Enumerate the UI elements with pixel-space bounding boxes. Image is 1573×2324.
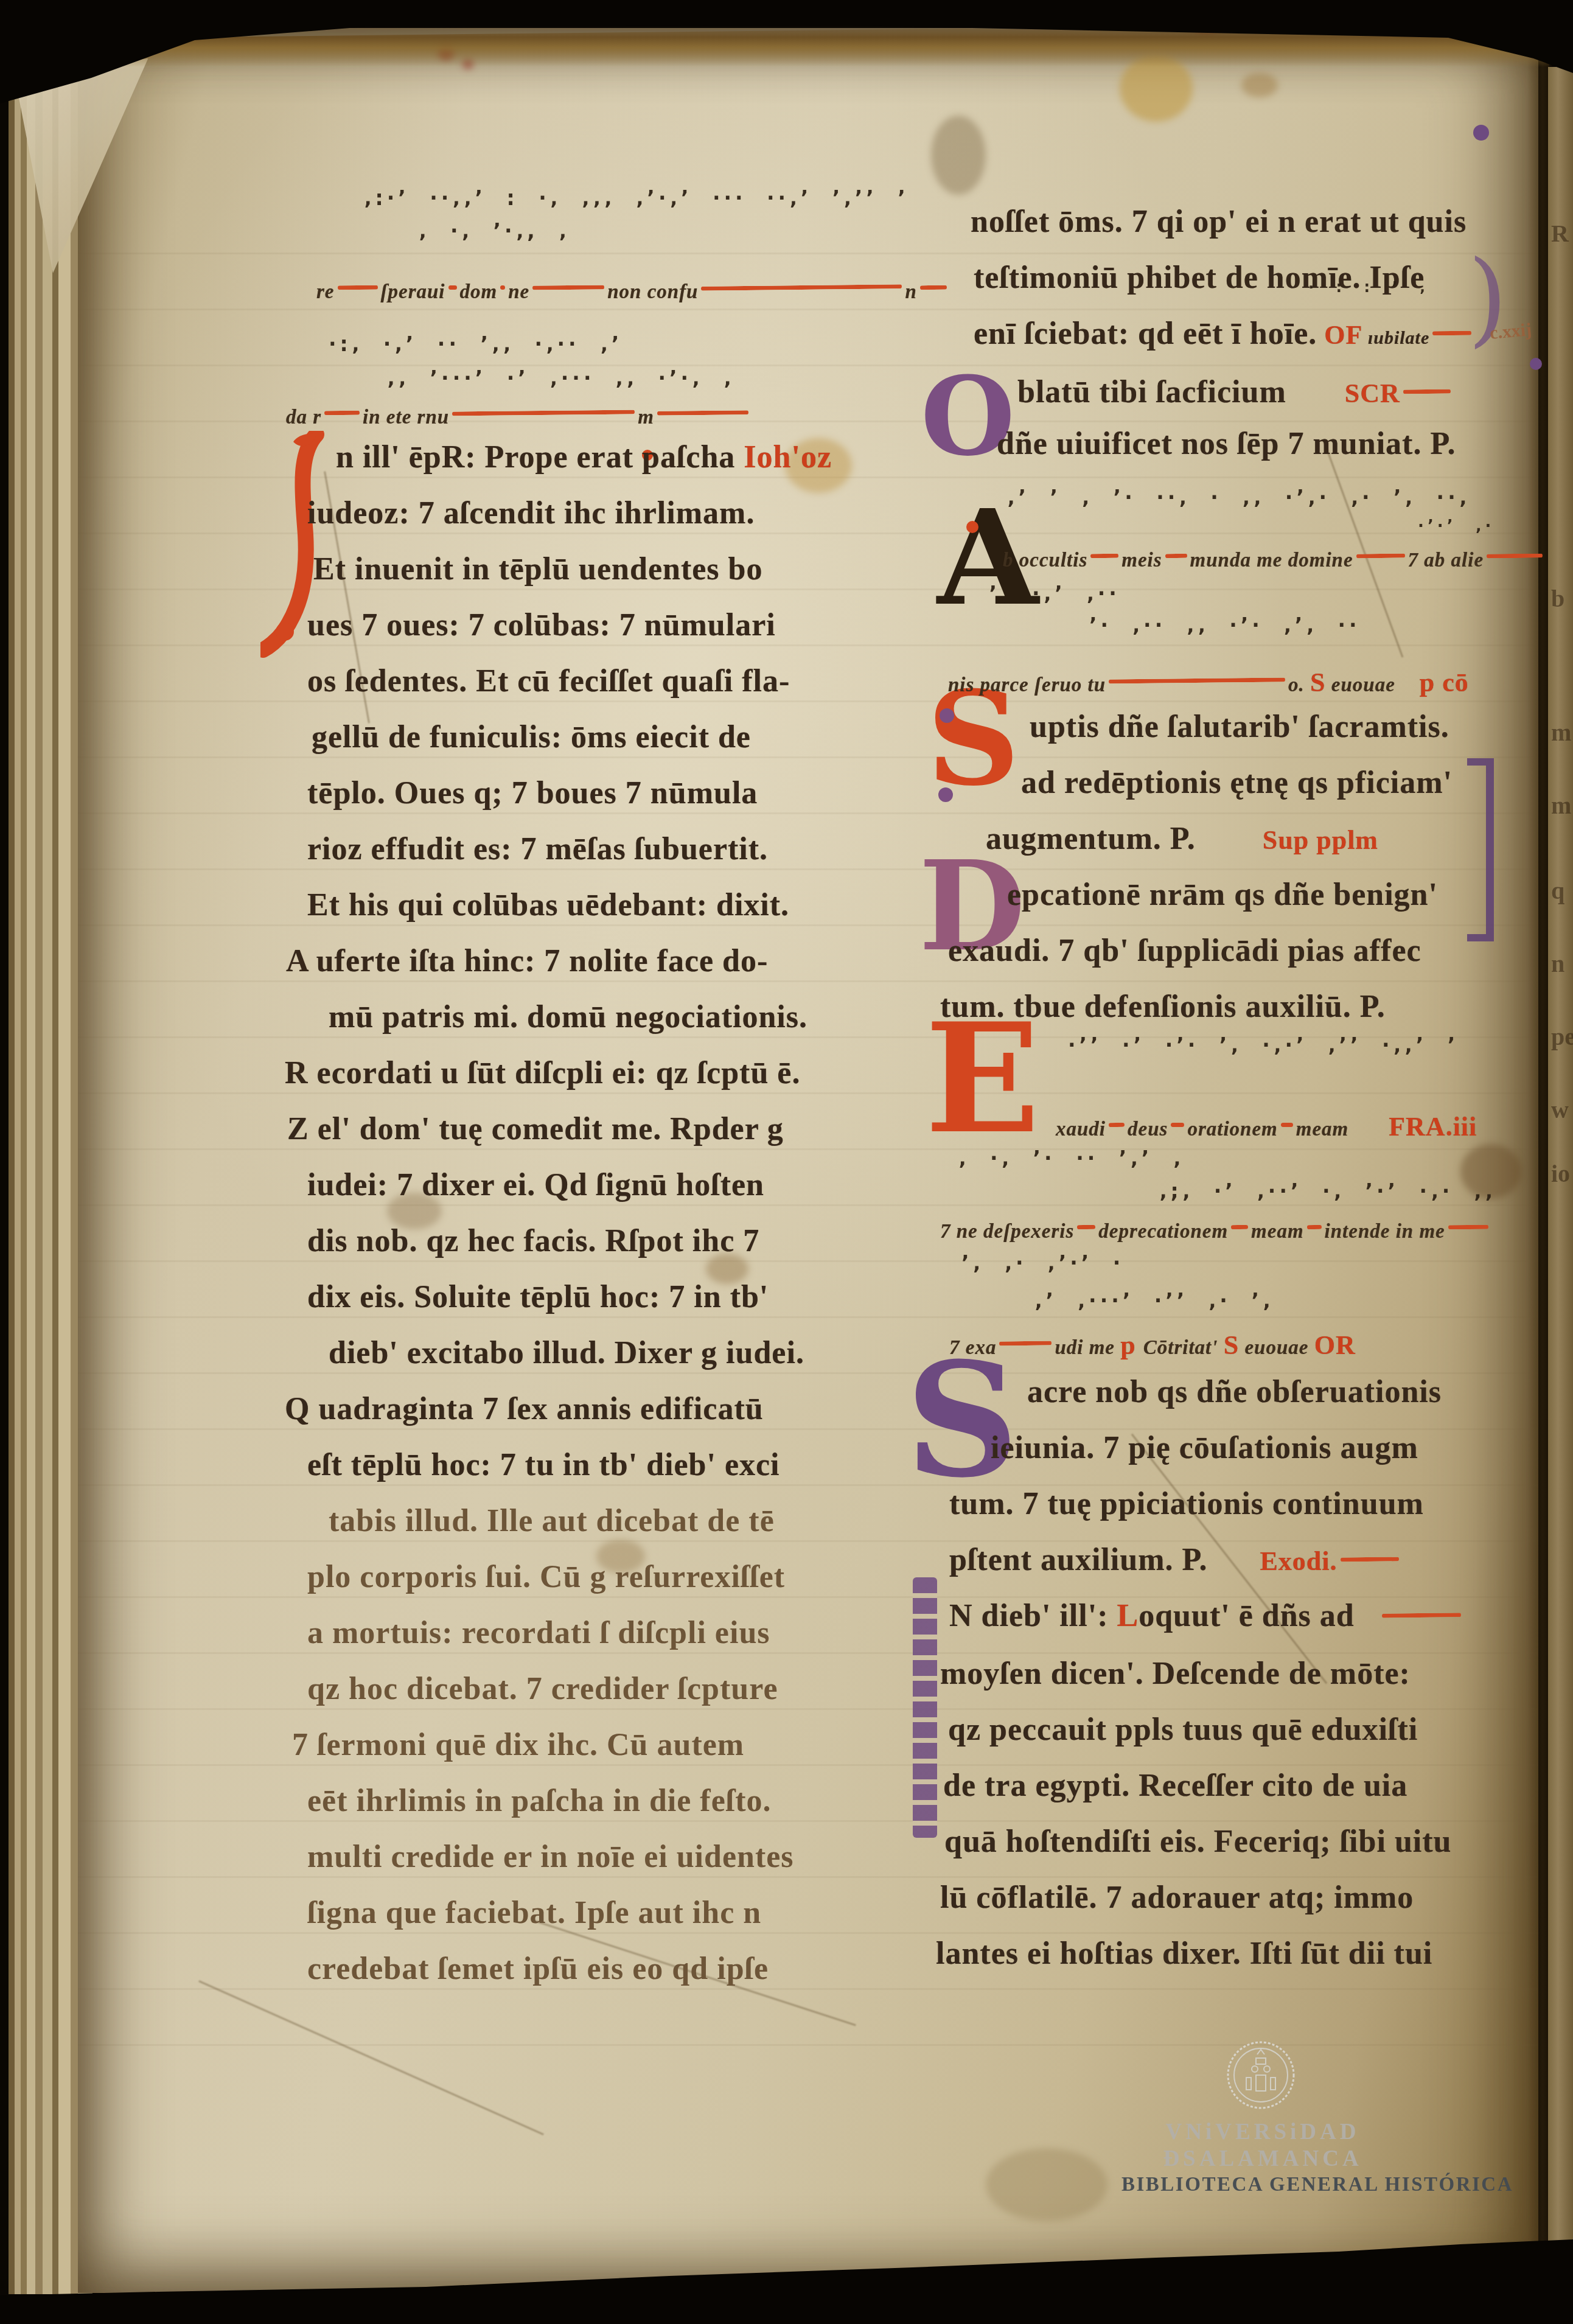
manuscript-photo: Rbmmqnpewio AOSDES reſperauidomnenon con… [0, 0, 1573, 2324]
manuscript-line: quā hoſtendiſti eis. Feceriq; ſibi uitu [944, 1824, 1452, 1860]
manuscript-line: N dieb' ill': Loquut' ē dñs ad [949, 1598, 1464, 1634]
ink-text: in ete rnu [363, 407, 449, 428]
ink-text: re [316, 281, 335, 303]
ink-text [1281, 1123, 1293, 1127]
ink-text [1403, 389, 1451, 394]
ink-text: plo corporis ſui. Cū g reſurrexiſſet [307, 1560, 785, 1594]
manuscript-line: lantes ei hoſtias dixer. Iſti ſūt dii tu… [936, 1936, 1432, 1972]
manuscript-line: b occultismeismunda me domine7 ab alie [1003, 550, 1546, 572]
rubric-text: OR [1314, 1330, 1356, 1360]
ink-text: iudeoz: 7 aſcendit ihc ihrlimam. [307, 496, 755, 531]
ink-text: os ſedentes. Et cū feciſſet quaſi fla- [307, 664, 790, 699]
ink-text: 7 ſermoni quē dix ihc. Cū autem [292, 1728, 744, 1762]
ink-text [324, 411, 360, 416]
ink-text: A uferte iſta hinc: 7 nolite face do- [286, 944, 768, 979]
ink-text: deprecationem [1098, 1221, 1228, 1243]
ink-text: de tra egypti. Receſſer cito de uia [943, 1768, 1407, 1803]
manuscript-line: Z el' dom' tuę comedit me. Rpder g [287, 1111, 784, 1147]
ink-text: orationem [1187, 1118, 1277, 1140]
ink-text [1307, 1225, 1322, 1229]
edge-letter: b [1551, 584, 1564, 613]
ink-text: ıubilate [1362, 328, 1429, 348]
manuscript-line: noſſet ōms. 7 qi op' ei n erat ut quis [971, 204, 1467, 240]
ink-text: quā hoſtendiſti eis. Feceriq; ſibi uitu [944, 1824, 1452, 1859]
manuscript-line: dñe uiuificet nos ſēp 7 muniat. P. [997, 426, 1456, 462]
neume-row: ·’·’ ‚· [1418, 517, 1495, 536]
manuscript-line: de tra egypti. Receſſer cito de uia [943, 1768, 1407, 1804]
manuscript-line: enī ſciebat: qd eēt ī hoīe. OF ıubilate [974, 316, 1474, 352]
ink-text: tabis illud. Ille aut dicebat de tē [329, 1504, 775, 1538]
manuscript-line: tabis illud. Ille aut dicebat de tē [329, 1503, 775, 1539]
neume-row: ’‚ ‚· ‚’·’ · [961, 1251, 1124, 1275]
ink-text: noſſet ōms. 7 qi op' ei n erat ut quis [971, 204, 1467, 239]
manuscript-line: credebat ſemet ipſū eis eo qd ipſe [307, 1951, 769, 1987]
manuscript-line: ſigna que faciebat. Ipſe aut ihc n [307, 1895, 761, 1931]
neume-row: ‚ ·‚ ’·‚, ‚ [419, 219, 570, 243]
manuscript-line: exaudi. 7 qb' ſupplicādi pias affec [948, 933, 1421, 969]
ink-text [1398, 679, 1417, 683]
rubric-text: S [1310, 668, 1325, 697]
watermark-salamanca: ÐSALAMANCA [1050, 2146, 1476, 2172]
manuscript-line: plo corporis ſui. Cū g reſurrexiſſet [307, 1559, 785, 1595]
ink-text: 7 exa [949, 1337, 996, 1359]
ink-text [1210, 1557, 1257, 1562]
manuscript-line: n ill' ēpR: Prope erat paſcha Ioh'oz [336, 439, 832, 475]
ink-text: munda me domine [1190, 550, 1353, 571]
manuscript-line: da rin ete rnum [286, 407, 752, 429]
ink-text: intende in me [1325, 1221, 1445, 1243]
ink-text: eēt ihrlimis in paſcha in die feſto. [307, 1784, 772, 1818]
edge-letter: n [1551, 949, 1564, 978]
ink-text: oquut' ē dñs ad [1139, 1599, 1355, 1633]
neume-row: ‚’ ’ ‚ ’· ··‚ · ‚‚ ·’‚· ‚· ’‚ ··‚ [1007, 486, 1470, 509]
rubric-text: FRA.iii [1389, 1112, 1477, 1142]
manuscript-line: os ſedentes. Et cū feciſſet quaſi fla- [307, 663, 790, 699]
ink-text: meis [1121, 550, 1162, 571]
manuscript-line: ues 7 oues: 7 colūbas: 7 nūmulari [307, 607, 776, 643]
manuscript-line: pſtent auxilium. P.Exodi. [949, 1542, 1402, 1578]
manuscript-line: gellū de funiculis: ōms eiecit de [312, 719, 751, 755]
ink-text: udi me [1055, 1337, 1120, 1359]
ink-text [1090, 554, 1118, 558]
manuscript-line: epcationē nrām qs dñe benign' [1007, 877, 1438, 913]
ink-text [1165, 554, 1187, 558]
ink-text [1289, 389, 1342, 394]
ink-text [1199, 836, 1260, 840]
manuscript-line: tēplo. Oues q; 7 boues 7 nūmula [307, 775, 758, 811]
ink-text [1077, 1225, 1095, 1229]
ink-text: o. [1288, 674, 1310, 696]
ink-text: N dieb' ill': [949, 1599, 1117, 1633]
manuscript-line: lū cōflatilē. 7 adorauer atq; immo [940, 1880, 1414, 1916]
ink-text: dis nob. qz hec facis. Rſpot ihc 7 [307, 1224, 759, 1258]
decoration-dot [938, 787, 953, 802]
ink-text [532, 285, 604, 290]
rubric-text: p [1120, 1330, 1143, 1360]
manuscript-line: 7 ſermoni quē dix ihc. Cū autem [292, 1727, 744, 1763]
ink-text: Et his qui colūbas uēdebant: dixit. [307, 888, 789, 923]
manuscript-line: qz hoc dicebat. 7 credider ſcpture [307, 1671, 778, 1707]
manuscript-line: R ecordati u ſūt diſcpli ei: qz ſcptū ē. [285, 1055, 800, 1091]
rubric-text: S [1224, 1330, 1239, 1360]
decoration-dot [940, 708, 954, 723]
ink-text [1358, 1613, 1376, 1617]
manuscript-line: dis nob. qz hec facis. Rſpot ihc 7 [307, 1223, 759, 1259]
manuscript-line: acre nob qs dñe obſeruationis [1027, 1374, 1442, 1410]
ink-text [1487, 554, 1543, 559]
ink-text: ieiunia. 7 pię cōuſationis augm [991, 1431, 1418, 1465]
rubric-text: SCR [1345, 379, 1400, 408]
rubric-text: Exodi. [1260, 1546, 1338, 1576]
manuscript-line: reſperauidomnenon confun [316, 281, 950, 304]
university-seal-icon [1226, 2040, 1296, 2110]
rubric-text: Ioh'oz [744, 440, 832, 475]
ink-text [999, 1341, 1052, 1346]
manuscript-line: 7 ne deſpexerisdeprecationemmeamintende … [940, 1221, 1491, 1243]
ink-text: mū patris mi. domū negociationis. [329, 1000, 807, 1035]
ink-text: dix eis. Soluite tēplū hoc: 7 in tb' [307, 1280, 769, 1314]
neume-row: ‚‚ ’···’ ·’ ‚··· ‚‚ ·’·‚ ‚ [387, 366, 735, 390]
manuscript-line: a mortuis: recordati ſ diſcpli eius [307, 1615, 770, 1651]
ink-text [920, 285, 947, 290]
manuscript-line: ad redēptionis ętnę qs pficiam' [1021, 765, 1453, 801]
ink-text [452, 410, 635, 416]
ink-text: multi credide er in noīe ei uidentes [307, 1840, 794, 1874]
manuscript-line: blatū tibi ſacficiumSCR [1017, 374, 1454, 410]
decoration-dot [1530, 358, 1542, 370]
ink-text: eſt tēplū hoc: 7 tu in tb' dieb' exci [307, 1448, 780, 1482]
ink-text: blatū tibi ſacficium [1017, 375, 1286, 410]
edge-letter: m [1551, 791, 1571, 820]
ink-text: iudei: 7 dixer ei. Qd ſignū hoſten [307, 1168, 764, 1202]
ink-text: dieb' excitabo illud. Dixer g iudei. [329, 1336, 804, 1370]
ink-text: 7 ab alie [1408, 550, 1484, 571]
edge-letter: m [1551, 718, 1571, 747]
ink-text: m [638, 407, 654, 428]
ink-text [657, 410, 748, 416]
ink-text: moyſen dicen'. Deſcende de mōte: [940, 1656, 1411, 1691]
ink-text: credebat ſemet ipſū eis eo qd ipſe [307, 1952, 769, 1986]
ink-text: tēplo. Oues q; 7 boues 7 nūmula [307, 776, 758, 811]
rubric-text: OF [1317, 320, 1362, 350]
ink-text: qz hoc dicebat. 7 credider ſcpture [307, 1672, 778, 1706]
ink-text: nis parce ſeruo tu [948, 674, 1106, 696]
ink-text [701, 284, 902, 290]
edge-letter: q [1551, 876, 1564, 905]
manuscript-line: xaudideusorationemmeamFRA.iii [1056, 1111, 1477, 1142]
ink-text: lantes ei hoſtias dixer. Iſti ſūt dii tu… [936, 1936, 1432, 1971]
manuscript-line: tum. tbue defenſionis auxiliū. P. [940, 989, 1386, 1025]
manuscript-line: rioz effudit es: 7 mēſas ſubuertit. [307, 831, 768, 867]
margin-bracket [1441, 762, 1494, 935]
ink-text: ſperaui [381, 281, 445, 303]
manuscript-line: qz peccauit ppls tuus quē eduxiſti [948, 1712, 1418, 1748]
ink-text: epcationē nrām qs dñe benign' [1007, 878, 1438, 912]
ink-text: n [905, 281, 916, 303]
ink-text: n ill' ēpR: Prope erat paſcha [336, 440, 744, 475]
manuscript-line: ieiunia. 7 pię cōuſationis augm [991, 1430, 1418, 1466]
ink-text: ne [508, 281, 529, 303]
manuscript-line: iudeoz: 7 aſcendit ihc ihrlimam. [307, 495, 755, 531]
manuscript-line: dix eis. Soluite tēplū hoc: 7 in tb' [307, 1279, 769, 1315]
manuscript-line: Q uadraginta 7 ſex annis edificatū [285, 1391, 764, 1427]
ink-text [1109, 1123, 1125, 1127]
neume-row: ’· ‚·· ‚‚ ·’· ‚’‚ ·· [1089, 613, 1361, 637]
manuscript-line: nis parce ſeruo tuo. S euouaep cō [948, 667, 1469, 698]
ink-text: euouae [1326, 674, 1395, 696]
ink-text: tum. tbue defenſionis auxiliū. P. [940, 989, 1386, 1024]
ink-text: R ecordati u ſūt diſcpli ei: qz ſcptū ē. [285, 1056, 800, 1090]
ink-text: ad redēptionis ętnę qs pficiam' [1021, 766, 1453, 800]
ink-text: acre nob qs dñe obſeruationis [1027, 1375, 1442, 1409]
ink-text: gellū de funiculis: ōms eiecit de [312, 720, 751, 755]
decoration-dot [1473, 125, 1489, 141]
ink-text: b occultis [1003, 550, 1087, 571]
ink-text [1231, 1225, 1248, 1229]
ink-text: meam [1296, 1118, 1348, 1140]
quire-mark: c.xxij [1489, 319, 1533, 344]
manuscript-line: A uferte iſta hinc: 7 nolite face do- [286, 943, 768, 979]
edge-letter: w [1551, 1095, 1569, 1124]
ink-text: meam [1251, 1221, 1303, 1243]
ink-text: Z el' dom' tuę comedit me. Rpder g [287, 1112, 784, 1146]
ink-text [1448, 1225, 1488, 1230]
watermark-university: VNiVERSiDAD [1050, 2119, 1476, 2145]
ink-text [1356, 554, 1405, 559]
edge-letter: pe [1551, 1022, 1573, 1051]
ink-text [1341, 1557, 1399, 1562]
neume-row: · : : ’ ‚ [1308, 279, 1429, 296]
manuscript-line: multi credide er in noīe ei uidentes [307, 1839, 794, 1875]
manuscript-line: eēt ihrlimis in paſcha in die feſto. [307, 1783, 772, 1819]
manuscript-line: Et his qui colūbas uēdebant: dixit. [307, 887, 789, 923]
rubric-text: Sup pplm [1263, 825, 1378, 855]
edge-letter: io [1551, 1159, 1570, 1188]
ink-text: exaudi. 7 qb' ſupplicādi pias affec [948, 933, 1421, 968]
rubric-text: p cō [1420, 668, 1469, 697]
manuscript-line: mū patris mi. domū negociationis. [329, 999, 807, 1035]
ink-text: qz peccauit ppls tuus quē eduxiſti [948, 1712, 1418, 1747]
ink-text [337, 285, 377, 290]
ink-text [1352, 1123, 1386, 1128]
neume-row: ·’’ ·’ ·’· ’‚ ·‚·’ ‚’’ ·‚‚’ ’ [1068, 1033, 1459, 1057]
manuscript-line: Et inuenit in tēplū uendentes bo [313, 551, 763, 587]
manuscript-line: eſt tēplū hoc: 7 tu in tb' dieb' exci [307, 1447, 780, 1483]
ink-text: pſtent auxilium. P. [949, 1543, 1208, 1577]
ink-text: enī ſciebat: qd eēt ī hoīe. [974, 316, 1317, 351]
ink-text: uptis dñe ſalutarib' ſacramtis. [1030, 710, 1449, 744]
decoration-dot [966, 521, 978, 533]
ink-text: augmentum. P. [986, 822, 1196, 856]
ink-text: Q uadraginta 7 ſex annis edificatū [285, 1392, 764, 1426]
rubric-text: L [1117, 1599, 1139, 1633]
ink-text: deus [1128, 1118, 1168, 1140]
ink-text: 7 ne deſpexeris [940, 1221, 1074, 1243]
ink-text [500, 285, 505, 290]
manuscript-line: 7 exaudi me p Cōtritat' S euouae OR [949, 1330, 1356, 1361]
watermark-library: BIBLIOTECA GENERAL HISTÓRICA [1121, 2174, 1513, 2196]
manuscript-line: dieb' excitabo illud. Dixer g iudei. [329, 1335, 804, 1371]
neume-row: ·:‚ ·‚’ ·· ’‚‚ ·‚·· ‚’ [329, 332, 623, 356]
ink-text: euouae [1239, 1337, 1314, 1359]
manuscript-line: iudei: 7 dixer ei. Qd ſignū hoſten [307, 1167, 764, 1203]
manuscript-line: uptis dñe ſalutarib' ſacramtis. [1030, 709, 1449, 745]
illuminated-initial-E: E [925, 1015, 1040, 1143]
ink-text [448, 285, 456, 290]
neume-row: ‚;‚ ·’ ‚··’ ·‚ ’·’ ·‚· ‚‚ [1159, 1179, 1496, 1203]
ink-text: dom [460, 281, 498, 303]
ink-text: xaudi [1056, 1118, 1106, 1140]
manuscript-line: augmentum. P.Sup pplm [986, 821, 1378, 857]
ink-text [1171, 1123, 1184, 1127]
manuscript-line: tum. 7 tuę ppiciationis continuum [949, 1486, 1424, 1522]
stain [931, 116, 986, 195]
neume-row: ‚’ ‚···’ ·’’ ‚· ’‚ [1034, 1289, 1274, 1313]
manuscript-line: moyſen dicen'. Deſcende de mōte: [940, 1656, 1411, 1692]
ink-text: tum. 7 tuę ppiciationis continuum [949, 1487, 1424, 1521]
ink-text: dñe uiuificet nos ſēp 7 muniat. P. [997, 427, 1456, 461]
neume-row: ‚ ·‚ ’· ·· ’‚’ ‚ [958, 1146, 1184, 1170]
ink-text: Et inuenit in tēplū uendentes bo [313, 552, 763, 587]
ink-text [1109, 677, 1285, 683]
ink-text [1432, 331, 1471, 336]
ink-text: a mortuis: recordati ſ diſcpli eius [307, 1616, 770, 1650]
ink-text: da r [286, 407, 321, 428]
illuminated-initial-S: S [905, 1353, 1019, 1487]
ink-text: non confu [607, 281, 698, 303]
ink-text: lū cōflatilē. 7 adorauer atq; immo [940, 1880, 1414, 1915]
ink-text: ſigna que faciebat. Ipſe aut ihc n [307, 1896, 761, 1930]
ink-text: ues 7 oues: 7 colūbas: 7 nūmulari [307, 608, 776, 643]
ink-text [1382, 1613, 1461, 1617]
edge-letter: R [1551, 219, 1569, 248]
ink-text: rioz effudit es: 7 mēſas ſubuertit. [307, 832, 768, 867]
neume-row: ·‚ ’‚ ·‚’ ‚·· [946, 582, 1120, 605]
illuminated-initial-S: S [927, 684, 1020, 794]
neume-row: ‚:·’ ··‚‚’ : ·‚ ‚‚‚ ‚’·‚’ ··· ··‚’ ’‚’’ … [364, 186, 909, 210]
initial-I-striped [913, 1577, 937, 1838]
ink-text: Cōtritat' [1143, 1337, 1224, 1359]
stain [1241, 73, 1278, 97]
